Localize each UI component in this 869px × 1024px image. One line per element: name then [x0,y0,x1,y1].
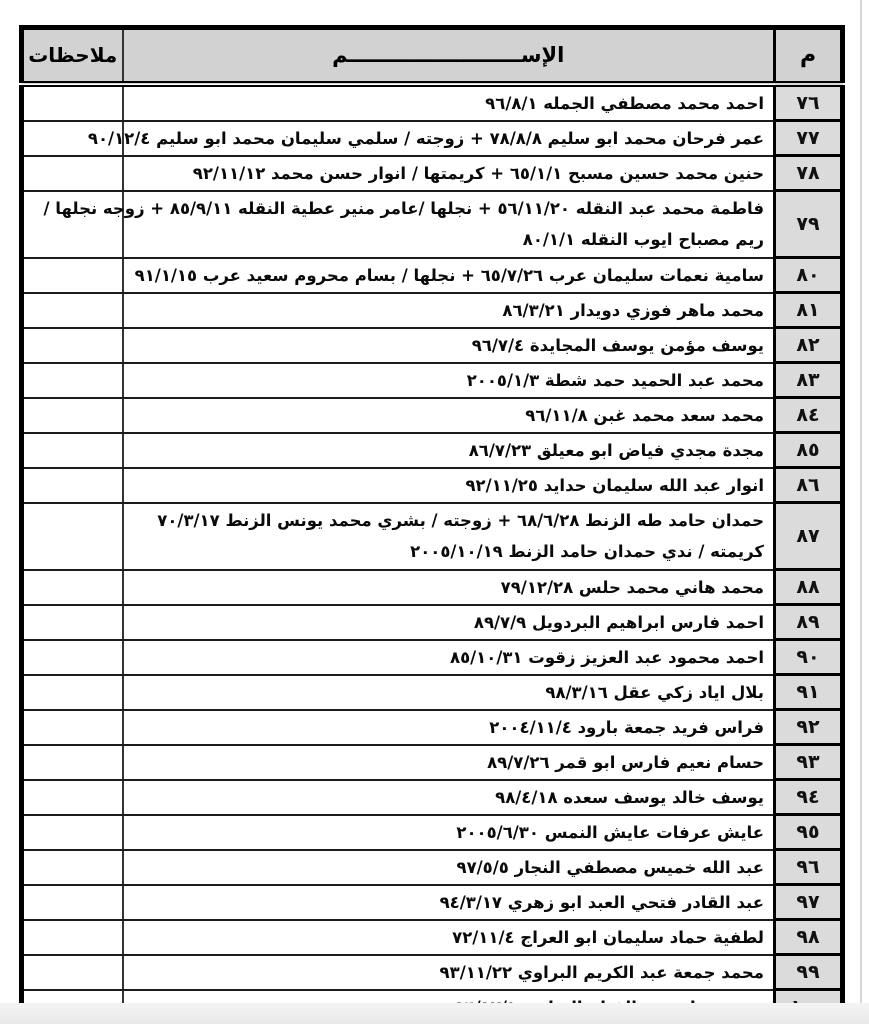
name-line: مجدة مجدي فياض ابو معيلق ٨٦/٧/٢٣ [133,435,765,466]
row-serial: ٧٩ [775,191,843,258]
row-serial: ٧٦ [775,84,843,121]
row-name: محمد عبد الحميد حمد شطة ٢٠٠٥/١/٣ [123,363,775,398]
row-notes [22,920,123,955]
name-line: احمد محمد مصطفي الجمله ٩٦/٨/١ [133,88,765,119]
row-serial: ٨٤ [775,398,843,433]
name-line: عبد القادر فتحي العبد ابو زهري ٩٤/٣/١٧ [133,887,765,918]
table-row: ٨٩احمد فارس ابراهيم البردويل ٨٩/٧/٩ [22,605,843,640]
row-name: محمد ماهر فوزي دويدار ٨٦/٣/٢١ [123,293,775,328]
row-name: محمد جمعة عبد الكريم البراوي ٩٣/١١/٢٢ [123,955,775,990]
table-row: ٨٢يوسف مؤمن يوسف المجايدة ٩٦/٧/٤ [22,328,843,363]
row-notes [22,640,123,675]
name-line: فاطمة محمد عبد النقله ٥٦/١١/٢٠ + نجلها /… [133,193,765,224]
row-name: محمد هاني محمد حلس ٧٩/١٢/٢٨ [123,570,775,605]
name-line: لطفية حماد سليمان ابو العراج ٧٢/١١/٤ [133,922,765,953]
row-name: حمدان حامد طه الزنط ٦٨/٦/٢٨ + زوجته / بش… [123,503,775,570]
name-line: انوار عبد الله سليمان حدايد ٩٢/١١/٢٥ [133,470,765,501]
row-serial: ٩٣ [775,745,843,780]
table-row: ٨٠سامية نعمات سليمان عرب ٦٥/٧/٢٦ + نجلها… [22,258,843,293]
row-name: حنين محمد حسين مسبح ٦٥/١/١ + كريمتها / ا… [123,156,775,191]
name-line: محمد جمعة عبد الكريم البراوي ٩٣/١١/٢٢ [133,957,765,988]
row-name: مجدة مجدي فياض ابو معيلق ٨٦/٧/٢٣ [123,433,775,468]
row-serial: ٧٨ [775,156,843,191]
row-notes [22,570,123,605]
name-line: احمد محمود عبد العزيز زقوت ٨٥/١٠/٣١ [133,642,765,673]
row-serial: ٩٢ [775,710,843,745]
scanned-document-page: م الإســــــــــــــــــــــــم ملاحظات … [0,0,869,1024]
table-row: ٩٣حسام نعيم فارس ابو قمر ٨٩/٧/٢٦ [22,745,843,780]
row-notes [22,885,123,920]
row-notes [22,156,123,191]
name-line: سامية نعمات سليمان عرب ٦٥/٧/٢٦ + نجلها /… [133,260,765,291]
table-row: ٩٧عبد القادر فتحي العبد ابو زهري ٩٤/٣/١٧ [22,885,843,920]
row-name: فاطمة محمد عبد النقله ٥٦/١١/٢٠ + نجلها /… [123,191,775,258]
row-name: احمد محمد مصطفي الجمله ٩٦/٨/١ [123,84,775,121]
row-notes [22,258,123,293]
name-line: محمد ماهر فوزي دويدار ٨٦/٣/٢١ [133,295,765,326]
header-row: م الإســــــــــــــــــــــــم ملاحظات [22,28,843,84]
table-row: ٨٣محمد عبد الحميد حمد شطة ٢٠٠٥/١/٣ [22,363,843,398]
row-serial: ٩٩ [775,955,843,990]
table-row: ٧٧عمر فرحان محمد ابو سليم ٧٨/٨/٨ + زوجته… [22,121,843,156]
name-line: فراس فريد جمعة بارود ٢٠٠٤/١١/٤ [133,712,765,743]
row-notes [22,850,123,885]
table-row: ٩٦عبد الله خميس مصطفي النجار ٩٧/٥/٥ [22,850,843,885]
row-name: عبد القادر فتحي العبد ابو زهري ٩٤/٣/١٧ [123,885,775,920]
name-line: عبد الله خميس مصطفي النجار ٩٧/٥/٥ [133,852,765,883]
row-notes [22,605,123,640]
table-row: ٨٧حمدان حامد طه الزنط ٦٨/٦/٢٨ + زوجته / … [22,503,843,570]
scan-bottom-strip [0,1003,869,1024]
table-row: ٧٩فاطمة محمد عبد النقله ٥٦/١١/٢٠ + نجلها… [22,191,843,258]
header-serial: م [775,28,843,84]
table-row: ٩٢فراس فريد جمعة بارود ٢٠٠٤/١١/٤ [22,710,843,745]
row-notes [22,293,123,328]
row-notes [22,503,123,570]
row-serial: ٩٥ [775,815,843,850]
row-name: حسام نعيم فارس ابو قمر ٨٩/٧/٢٦ [123,745,775,780]
row-notes [22,710,123,745]
row-name: احمد فارس ابراهيم البردويل ٨٩/٧/٩ [123,605,775,640]
row-notes [22,815,123,850]
row-name: يوسف خالد يوسف سعده ٩٨/٤/١٨ [123,780,775,815]
table-row: ٧٦احمد محمد مصطفي الجمله ٩٦/٨/١ [22,84,843,121]
row-name: سامية نعمات سليمان عرب ٦٥/٧/٢٦ + نجلها /… [123,258,775,293]
name-line: حمدان حامد طه الزنط ٦٨/٦/٢٨ + زوجته / بش… [133,505,765,536]
name-line: محمد هاني محمد حلس ٧٩/١٢/٢٨ [133,572,765,603]
row-name: عبد الله خميس مصطفي النجار ٩٧/٥/٥ [123,850,775,885]
table-row: ٨٦انوار عبد الله سليمان حدايد ٩٢/١١/٢٥ [22,468,843,503]
name-line: يوسف مؤمن يوسف المجايدة ٩٦/٧/٤ [133,330,765,361]
name-line: عايش عرفات عايش النمس ٢٠٠٥/٦/٣٠ [133,817,765,848]
row-serial: ٨٦ [775,468,843,503]
row-serial: ٨٩ [775,605,843,640]
name-line: بلال اياد زكي عقل ٩٨/٣/١٦ [133,677,765,708]
row-notes [22,328,123,363]
row-serial: ٨١ [775,293,843,328]
name-line: عمر فرحان محمد ابو سليم ٧٨/٨/٨ + زوجته /… [133,123,765,154]
row-name: لطفية حماد سليمان ابو العراج ٧٢/١١/٤ [123,920,775,955]
row-notes [22,780,123,815]
row-name: فراس فريد جمعة بارود ٢٠٠٤/١١/٤ [123,710,775,745]
table-row: ٧٨حنين محمد حسين مسبح ٦٥/١/١ + كريمتها /… [22,156,843,191]
row-serial: ٨٠ [775,258,843,293]
table-row: ٩٩محمد جمعة عبد الكريم البراوي ٩٣/١١/٢٢ [22,955,843,990]
table-body: ٧٦احمد محمد مصطفي الجمله ٩٦/٨/١٧٧عمر فرح… [22,84,843,1024]
row-name: بلال اياد زكي عقل ٩٨/٣/١٦ [123,675,775,710]
name-line: ريم مصباح ايوب النقله ٨٠/١/١ [133,224,765,255]
row-name: عمر فرحان محمد ابو سليم ٧٨/٨/٨ + زوجته /… [123,121,775,156]
row-serial: ٧٧ [775,121,843,156]
row-notes [22,363,123,398]
name-line: محمد عبد الحميد حمد شطة ٢٠٠٥/١/٣ [133,365,765,396]
row-serial: ٩٨ [775,920,843,955]
name-line: محمد سعد محمد غبن ٩٦/١١/٨ [133,400,765,431]
row-name: محمد سعد محمد غبن ٩٦/١١/٨ [123,398,775,433]
name-line: احمد فارس ابراهيم البردويل ٨٩/٧/٩ [133,607,765,638]
row-name: انوار عبد الله سليمان حدايد ٩٢/١١/٢٥ [123,468,775,503]
row-name: يوسف مؤمن يوسف المجايدة ٩٦/٧/٤ [123,328,775,363]
header-notes: ملاحظات [22,28,123,84]
table-row: ٩٥عايش عرفات عايش النمس ٢٠٠٥/٦/٣٠ [22,815,843,850]
name-line: كريمته / ندي حمدان حامد الزنط ٢٠٠٥/١٠/١٩ [133,536,765,567]
table-row: ٩٤يوسف خالد يوسف سعده ٩٨/٤/١٨ [22,780,843,815]
row-serial: ٨٥ [775,433,843,468]
name-line: حسام نعيم فارس ابو قمر ٨٩/٧/٢٦ [133,747,765,778]
table-row: ٨١محمد ماهر فوزي دويدار ٨٦/٣/٢١ [22,293,843,328]
scan-edge-line [860,0,862,1024]
row-serial: ٩٠ [775,640,843,675]
name-line: حنين محمد حسين مسبح ٦٥/١/١ + كريمتها / ا… [133,158,765,189]
row-serial: ٨٨ [775,570,843,605]
row-serial: ٩١ [775,675,843,710]
row-notes [22,675,123,710]
row-notes [22,433,123,468]
table-row: ٨٥مجدة مجدي فياض ابو معيلق ٨٦/٧/٢٣ [22,433,843,468]
row-name: احمد محمود عبد العزيز زقوت ٨٥/١٠/٣١ [123,640,775,675]
row-serial: ٨٢ [775,328,843,363]
row-notes [22,745,123,780]
row-serial: ٨٧ [775,503,843,570]
row-notes [22,84,123,121]
row-name: عايش عرفات عايش النمس ٢٠٠٥/٦/٣٠ [123,815,775,850]
table-row: ٩١بلال اياد زكي عقل ٩٨/٣/١٦ [22,675,843,710]
header-name: الإســــــــــــــــــــــــم [123,28,775,84]
row-serial: ٩٦ [775,850,843,885]
row-serial: ٨٣ [775,363,843,398]
row-serial: ٩٧ [775,885,843,920]
table-row: ٩٠احمد محمود عبد العزيز زقوت ٨٥/١٠/٣١ [22,640,843,675]
row-notes [22,955,123,990]
table-header: م الإســــــــــــــــــــــــم ملاحظات [22,28,843,84]
row-notes [22,468,123,503]
table-row: ٨٨محمد هاني محمد حلس ٧٩/١٢/٢٨ [22,570,843,605]
name-line: يوسف خالد يوسف سعده ٩٨/٤/١٨ [133,782,765,813]
table-row: ٨٤محمد سعد محمد غبن ٩٦/١١/٨ [22,398,843,433]
row-serial: ٩٤ [775,780,843,815]
row-notes [22,398,123,433]
table-row: ٩٨لطفية حماد سليمان ابو العراج ٧٢/١١/٤ [22,920,843,955]
records-table: م الإســــــــــــــــــــــــم ملاحظات … [19,25,845,1024]
